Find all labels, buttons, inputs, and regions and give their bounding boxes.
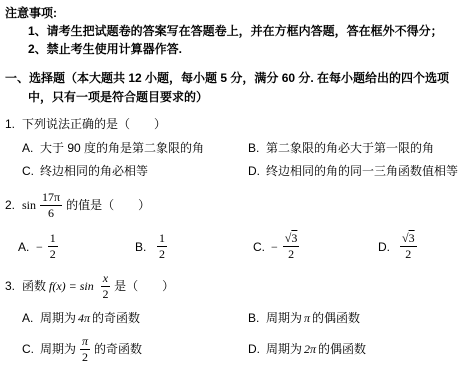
question-1-text: 下列说法正确的是（ ） <box>22 115 166 133</box>
period-value: 2π <box>304 340 316 358</box>
option-q3-a: A. 周期为 4π 的奇函数 <box>22 309 248 327</box>
section-heading: 一、选择题（本大题共 12 小题，每小题 5 分，满分 60 分. 在每小题给出… <box>5 69 461 107</box>
function-expression: f(x) = sin <box>49 277 94 295</box>
question-3-number: 3. <box>5 277 22 295</box>
fraction-numerator: π <box>80 335 90 350</box>
fraction-numerator: 17π <box>40 191 62 206</box>
option-label: C. <box>22 340 40 358</box>
option-text: 大于 90 度的角是第二象限的角 <box>40 139 204 157</box>
question-1: 1. 下列说法正确的是（ ） A. 大于 90 度的角是第二象限的角 B. 第二… <box>5 115 461 180</box>
fraction-denominator: 2 <box>101 287 110 301</box>
sin-symbol: sin <box>22 196 36 214</box>
minus-sign: − <box>36 238 43 256</box>
period-value: π <box>304 309 310 327</box>
option-label: C. <box>22 162 40 180</box>
option-q1-a: A. 大于 90 度的角是第二象限的角 <box>22 139 248 157</box>
fraction-denominator: 2 <box>80 350 90 364</box>
option-text-pre: 周期为 <box>40 309 76 327</box>
radical-sign: √ <box>402 231 409 245</box>
notice-title: 注意事项: <box>5 4 461 22</box>
radicand: 3 <box>291 231 297 245</box>
question-3-text-after: 是（ ） <box>114 277 174 295</box>
fraction-numerator: x <box>101 272 110 287</box>
fraction: √3 2 <box>283 232 300 261</box>
option-q1-c: C. 终边相同的角必相等 <box>22 162 248 180</box>
option-label: C. <box>253 238 271 256</box>
fraction-denominator: 2 <box>157 247 167 261</box>
notice-section: 注意事项: 1、请考生把试题卷的答案写在答题卷上，并在方框内答题，答在框外不得分… <box>5 4 461 58</box>
option-text-pre: 周期为 <box>40 340 76 358</box>
question-2: 2. sin 17π 6 的值是（ ） A. − 1 2 B. 1 2 <box>5 188 461 261</box>
question-1-number: 1. <box>5 115 22 133</box>
fraction-denominator: 2 <box>48 247 58 261</box>
notice-item-2: 2、禁止考生使用计算器作答. <box>28 40 461 58</box>
option-label: A. <box>22 309 40 327</box>
option-q2-b: B. 1 2 <box>135 232 253 261</box>
option-label: D. <box>248 340 266 358</box>
option-text: 终边相同的角必相等 <box>40 162 148 180</box>
option-text-post: 的偶函数 <box>312 309 360 327</box>
option-q2-a: A. − 1 2 <box>18 232 135 261</box>
option-text-post: 的奇函数 <box>94 340 142 358</box>
option-q3-d: D. 周期为 2π 的偶函数 <box>248 332 461 366</box>
fraction-numerator: √3 <box>283 232 300 247</box>
option-q1-d: D. 终边相同的角的同一三角函数值相等 <box>248 162 461 180</box>
option-text-post: 的奇函数 <box>92 309 140 327</box>
option-text: 终边相同的角的同一三角函数值相等 <box>266 162 458 180</box>
question-1-options: A. 大于 90 度的角是第二象限的角 B. 第二象限的角必大于第一限的角 C.… <box>5 139 461 180</box>
question-2-number: 2. <box>5 196 22 214</box>
option-q3-b: B. 周期为 π 的偶函数 <box>248 309 461 327</box>
option-label: D. <box>248 162 266 180</box>
fraction-denominator: 2 <box>400 247 417 261</box>
option-label: A. <box>18 238 36 256</box>
question-3-options: A. 周期为 4π 的奇函数 B. 周期为 π 的偶函数 C. 周期为 π 2 … <box>5 309 461 366</box>
exam-paper: 注意事项: 1、请考生把试题卷的答案写在答题卷上，并在方框内答题，答在框外不得分… <box>0 0 465 371</box>
option-q2-c: C. − √3 2 <box>253 232 378 261</box>
option-text-pre: 周期为 <box>266 340 302 358</box>
fraction: π 2 <box>80 335 90 364</box>
fraction: 17π 6 <box>40 191 62 220</box>
option-q3-c: C. 周期为 π 2 的奇函数 <box>22 332 248 366</box>
fraction: √3 2 <box>400 232 417 261</box>
fraction-denominator: 6 <box>40 206 62 220</box>
fraction-numerator: 1 <box>157 232 167 247</box>
fraction-numerator: √3 <box>400 232 417 247</box>
period-value: 4π <box>78 309 90 327</box>
question-2-options: A. − 1 2 B. 1 2 C. − √3 2 <box>5 232 461 261</box>
option-q1-b: B. 第二象限的角必大于第一限的角 <box>248 139 461 157</box>
minus-sign: − <box>271 238 278 256</box>
question-2-text: 的值是（ ） <box>66 196 150 214</box>
fraction: 1 2 <box>48 232 58 261</box>
option-label: B. <box>248 139 266 157</box>
option-q2-d: D. √3 2 <box>378 232 461 261</box>
option-text: 第二象限的角必大于第一限的角 <box>266 139 434 157</box>
option-label: A. <box>22 139 40 157</box>
fraction-numerator: 1 <box>48 232 58 247</box>
fraction-denominator: 2 <box>283 247 300 261</box>
option-text-post: 的偶函数 <box>318 340 366 358</box>
notice-item-1: 1、请考生把试题卷的答案写在答题卷上，并在方框内答题，答在框外不得分； <box>28 22 461 40</box>
question-3: 3. 函数 f(x) = sin x 2 是（ ） A. 周期为 4π 的奇函数… <box>5 269 461 366</box>
option-label: B. <box>248 309 266 327</box>
option-text-pre: 周期为 <box>266 309 302 327</box>
question-3-text-pre: 函数 <box>22 277 46 295</box>
option-label: D. <box>378 238 396 256</box>
option-label: B. <box>135 238 153 256</box>
fraction: 1 2 <box>157 232 167 261</box>
radicand: 3 <box>409 231 415 245</box>
fraction: x 2 <box>101 272 110 301</box>
